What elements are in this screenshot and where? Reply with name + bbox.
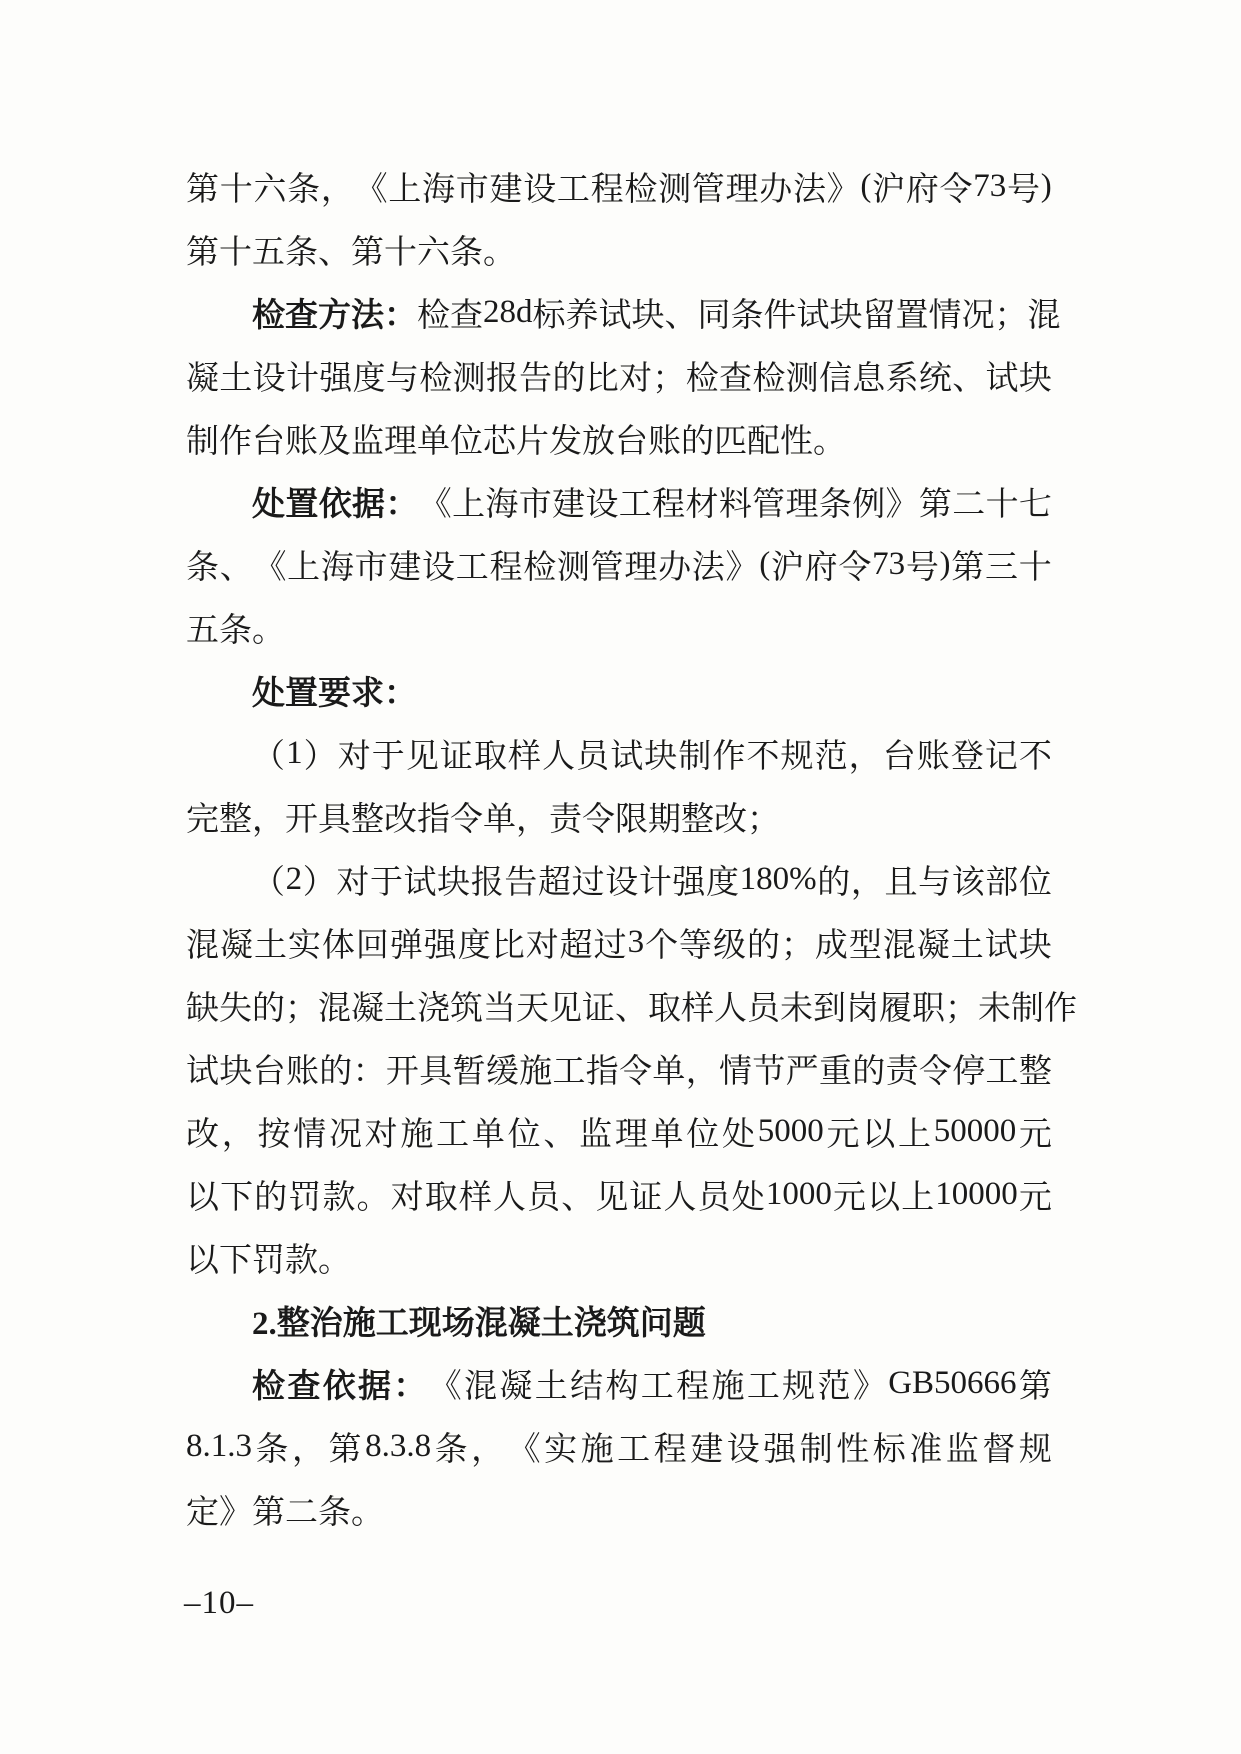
text-segment: 检 [417, 289, 450, 336]
text-segment: 设 [253, 352, 286, 399]
text-segment: ； [995, 289, 1028, 336]
text-segment: 岗 [846, 982, 879, 1029]
text-segment: 对 [365, 1108, 398, 1155]
text-segment: 3 [628, 924, 645, 961]
text-segment: 七 [1019, 478, 1052, 525]
text-line: 第十六条，《上海市建设工程检测管理办法》(沪府令73号) [186, 155, 1052, 218]
text-segment: 混 [186, 919, 219, 966]
text-segment: 程 [676, 1360, 709, 1407]
text-segment: 级 [713, 919, 746, 966]
text-segment: 第 [186, 163, 219, 210]
text-segment: 令 [919, 1045, 952, 1092]
text-segment: 的 [817, 856, 850, 903]
bold-text: ： [393, 1360, 426, 1407]
text-segment: 令 [619, 1045, 652, 1092]
text-segment: 个 [645, 919, 678, 966]
text-segment: 检 [752, 352, 785, 399]
text-segment: 、 [615, 982, 648, 1029]
text-segment: 的 [852, 1045, 885, 1092]
text-segment: 该 [952, 856, 985, 903]
text-segment: 建 [489, 163, 522, 210]
text-segment: 例 [852, 478, 885, 525]
text-line: （2）对于试块报告超过设计强度180%的，且与该部位 [186, 848, 1052, 911]
text-segment: 第十五条、第十六条。 [186, 226, 516, 273]
text-segment: 的 [254, 1171, 287, 1218]
text-segment: 块 [1019, 352, 1052, 399]
text-segment: 情 [929, 289, 962, 336]
text-segment: 试 [985, 919, 1018, 966]
text-segment: 条 [435, 1423, 468, 1470]
text-segment: 强 [672, 856, 705, 903]
text-segment: ) [940, 546, 951, 583]
text-segment: 与 [918, 856, 951, 903]
text-segment: 监 [946, 1423, 979, 1470]
text-segment: 证 [582, 982, 615, 1029]
text-segment: 比 [492, 919, 525, 966]
text-segment: 缓 [486, 1045, 519, 1092]
text-segment: 土 [254, 919, 287, 966]
text-segment: 标 [533, 289, 566, 336]
text-line: 缺失的；混凝土浇筑当天见证、取样人员未到岗履职；未制作 [186, 974, 1052, 1037]
text-segment: 设 [422, 541, 455, 588]
text-segment: 下 [220, 1171, 253, 1218]
text-segment: 第 [951, 541, 984, 588]
text-segment: 试 [986, 352, 1019, 399]
text-segment: 型 [849, 919, 882, 966]
text-segment: 取 [648, 982, 681, 1029]
text-segment: 监 [579, 1108, 612, 1155]
text-segment: 土 [384, 982, 417, 1029]
text-segment: 》 [853, 1360, 886, 1407]
text-segment: 块 [632, 289, 665, 336]
text-segment: 检 [624, 163, 657, 210]
text-segment: 处 [722, 1108, 755, 1155]
text-segment: 施 [581, 1423, 614, 1470]
text-segment: 成 [815, 919, 848, 966]
text-segment: 法 [793, 163, 826, 210]
text-segment: 十 [220, 163, 253, 210]
text-segment: 令 [838, 541, 871, 588]
text-segment: 员 [527, 1171, 560, 1218]
text-segment: 未 [780, 982, 813, 1029]
text-segment: 单 [652, 1045, 685, 1092]
text-segment: 工 [641, 1360, 674, 1407]
text-line: 凝土设计强度与检测报告的比对；检查检测信息系统、试块 [186, 344, 1052, 407]
text-segment: 见 [406, 730, 439, 777]
text-segment: 且 [884, 856, 917, 903]
text-segment: 记 [985, 730, 1018, 777]
text-segment: 与 [386, 352, 419, 399]
text-segment: 程 [654, 1423, 687, 1470]
text-line: 第十五条、第十六条。 [186, 218, 1052, 281]
text-segment: 、 [543, 1108, 576, 1155]
text-segment: 办 [759, 163, 792, 210]
text-segment: 测 [658, 163, 691, 210]
text-segment: 理 [615, 1108, 648, 1155]
text-line: 以下罚款。 [186, 1226, 1052, 1289]
text-segment: 的 [747, 919, 780, 966]
text-segment: 弹 [390, 919, 423, 966]
bold-text: 检 [252, 289, 285, 336]
text-segment: 报 [486, 352, 519, 399]
text-segment: 对 [336, 856, 369, 903]
text-segment: 规 [781, 730, 814, 777]
text-segment: 试 [186, 1045, 219, 1092]
text-segment: ） [304, 730, 337, 777]
bold-text: 依 [319, 478, 352, 525]
text-segment: 职 [912, 982, 945, 1029]
text-segment: 样 [459, 1171, 492, 1218]
text-segment: 准 [909, 1423, 942, 1470]
text-segment: 情 [293, 1108, 326, 1155]
text-segment: 况 [329, 1108, 362, 1155]
text-line: 检查依据：《混凝土结构工程施工规范》GB50666第 [186, 1352, 1052, 1415]
text-segment: 混 [1028, 289, 1061, 336]
text-segment: ， [321, 163, 354, 210]
text-segment: 以 [186, 1171, 219, 1218]
text-segment: 测 [557, 541, 590, 588]
text-segment: 《 [508, 1423, 541, 1470]
text-segment: 整 [1019, 1045, 1052, 1092]
text-segment: 计 [639, 856, 672, 903]
text-segment: 责 [886, 1045, 919, 1092]
text-segment: 比 [586, 352, 619, 399]
text-segment: 定》第二条。 [186, 1486, 384, 1533]
text-segment: 检 [686, 352, 719, 399]
bold-text: 查 [287, 1360, 320, 1407]
text-segment: 设 [727, 1423, 760, 1470]
text-segment: 上 [388, 163, 421, 210]
text-segment: 测 [453, 352, 486, 399]
text-segment: 五条。 [186, 604, 285, 651]
text-segment: 单 [472, 1108, 505, 1155]
text-segment: ； [781, 919, 814, 966]
bold-text: ： [384, 289, 417, 336]
text-segment: 理 [726, 163, 759, 210]
text-segment: 《 [253, 541, 286, 588]
text-line: 以下的罚款。对取样人员、见证人员处1000元以上10000元 [186, 1163, 1052, 1226]
text-segment: 见 [595, 1171, 628, 1218]
text-segment: 第 [1019, 1360, 1052, 1407]
text-segment: 理 [786, 478, 819, 525]
text-segment: 息 [852, 352, 885, 399]
text-line: 检查方法：检查28d标养试块、同条件试块留置情况；混 [186, 281, 1052, 344]
text-segment: 元 [833, 1171, 866, 1218]
text-segment: 人 [542, 730, 575, 777]
text-segment: 制 [1011, 982, 1044, 1029]
text-segment: 实 [544, 1423, 577, 1470]
text-segment: 设 [523, 163, 556, 210]
text-segment: 市 [519, 478, 552, 525]
text-segment: 、 [220, 541, 253, 588]
text-segment: 令 [940, 163, 973, 210]
text-segment: 取 [425, 1171, 458, 1218]
text-segment: 180% [740, 861, 817, 898]
text-segment: 管 [752, 478, 785, 525]
text-line: 五条。 [186, 596, 1052, 659]
text-segment: 条 [731, 289, 764, 336]
text-segment: 取 [474, 730, 507, 777]
text-segment: 的 [552, 352, 585, 399]
text-segment: 系 [886, 352, 919, 399]
text-segment: 失 [219, 982, 252, 1029]
text-segment: 市 [355, 541, 388, 588]
text-segment: 作 [712, 730, 745, 777]
text-segment: 程 [652, 478, 685, 525]
text-segment: 十 [986, 478, 1019, 525]
text-segment: 台 [253, 1045, 286, 1092]
text-segment: 凝 [351, 982, 384, 1029]
text-segment: 1000 [766, 1176, 832, 1213]
text-segment: 于 [370, 856, 403, 903]
text-line: 条、《上海市建设工程检测管理办法》(沪府令73号)第三十 [186, 533, 1052, 596]
text-segment: 情 [719, 1045, 752, 1092]
text-segment: 天 [516, 982, 549, 1029]
text-segment: 浇 [417, 982, 450, 1029]
text-segment: 工 [986, 1045, 1019, 1092]
text-segment: 土 [535, 1360, 568, 1407]
text-segment: 》 [886, 478, 919, 525]
text-segment: 混 [883, 919, 916, 966]
document-page: 第十六条，《上海市建设工程检测管理办法》(沪府令73号)第十五条、第十六条。检查… [0, 0, 1241, 1754]
text-segment: 第 [919, 478, 952, 525]
text-segment: 计 [286, 352, 319, 399]
text-segment: 凝 [186, 352, 219, 399]
text-segment: 同 [698, 289, 731, 336]
text-segment: 号 [906, 541, 939, 588]
text-segment: 规 [1019, 1423, 1052, 1470]
text-segment: 督 [982, 1423, 1015, 1470]
text-segment: 海 [485, 478, 518, 525]
text-segment: 罚 [288, 1171, 321, 1218]
text-segment: 工 [557, 163, 590, 210]
text-segment: 元 [826, 1108, 859, 1155]
text-segment: 工 [552, 1045, 585, 1092]
text-segment: 施 [711, 1360, 744, 1407]
text-segment: 不 [746, 730, 779, 777]
text-segment: 完整，开具整改指令单，责令限期整改； [186, 793, 780, 840]
text-segment: 证 [629, 1171, 662, 1218]
text-segment: 试 [599, 289, 632, 336]
text-segment: 开 [386, 1045, 419, 1092]
text-segment: 当 [483, 982, 516, 1029]
text-segment: 缺 [186, 982, 219, 1029]
text-segment: 信 [819, 352, 852, 399]
text-segment: 管 [692, 163, 725, 210]
text-segment: 台 [883, 730, 916, 777]
text-segment: 强 [319, 352, 352, 399]
text-segment: 设 [605, 856, 638, 903]
text-segment: 2 [286, 861, 303, 898]
text-line: 8.1.3条，第8.3.8条，《实施工程建设强制性标准监督规 [186, 1415, 1052, 1478]
page-number: –10– [184, 1585, 254, 1622]
text-segment: 5000 [758, 1113, 824, 1150]
text-segment: ， [849, 730, 882, 777]
text-segment: 、 [952, 352, 985, 399]
text-segment: 处 [732, 1171, 765, 1218]
text-segment: 建 [690, 1423, 723, 1470]
text-segment: 海 [321, 541, 354, 588]
text-segment: ； [652, 352, 685, 399]
text-segment: 样 [681, 982, 714, 1029]
text-segment: 员 [698, 1171, 731, 1218]
text-segment: 程 [489, 541, 522, 588]
text-segment: 、 [665, 289, 698, 336]
text-segment: 凝 [220, 919, 253, 966]
text-line: 定》第二条。 [186, 1478, 1052, 1541]
text-segment: 元 [1019, 1171, 1052, 1218]
text-segment: 款 [322, 1171, 355, 1218]
text-segment: 施 [400, 1108, 433, 1155]
text-segment: 对 [526, 919, 559, 966]
text-segment: 8.3.8 [365, 1428, 431, 1465]
text-segment: 海 [422, 163, 455, 210]
text-segment: 检 [419, 352, 452, 399]
text-segment: 人 [664, 1171, 697, 1218]
text-segment: 严 [786, 1045, 819, 1092]
bold-text: 2.整治施工现场混凝土浇筑问题 [252, 1297, 706, 1344]
text-segment: 具 [419, 1045, 452, 1092]
text-segment: 人 [493, 1171, 526, 1218]
text-segment: 筑 [450, 982, 483, 1029]
text-segment: 重 [819, 1045, 852, 1092]
text-segment: 第 [329, 1423, 362, 1470]
text-segment: 块 [437, 856, 470, 903]
text-segment: 度 [353, 352, 386, 399]
text-segment: 六 [253, 163, 286, 210]
bold-text: 检 [252, 1360, 285, 1407]
text-segment: 凝 [499, 1360, 532, 1407]
text-segment: 土 [219, 352, 252, 399]
bold-text: 查 [285, 289, 318, 336]
text-segment: 履 [879, 982, 912, 1029]
text-segment: 查 [450, 289, 483, 336]
text-segment: ： [353, 1045, 386, 1092]
text-segment: ； [285, 982, 318, 1029]
text-segment: 按 [257, 1108, 290, 1155]
text-segment: 证 [440, 730, 473, 777]
text-segment: 回 [356, 919, 389, 966]
text-segment: 不 [1019, 730, 1052, 777]
text-segment: 未 [978, 982, 1011, 1029]
text-segment: 超 [538, 856, 571, 903]
text-segment: 73 [973, 168, 1006, 205]
text-segment: 构 [605, 1360, 638, 1407]
text-segment: 府 [805, 541, 838, 588]
text-segment: 范 [818, 1360, 851, 1407]
text-segment: 工 [456, 541, 489, 588]
text-segment: 报 [471, 856, 504, 903]
text-segment: 见 [549, 982, 582, 1029]
text-segment: GB50666 [888, 1365, 1016, 1402]
text-segment: 性 [836, 1423, 869, 1470]
text-segment: 《 [419, 478, 452, 525]
text-segment: 。 [357, 1171, 390, 1218]
text-segment: 员 [576, 730, 609, 777]
text-segment: （ [252, 730, 285, 777]
text-segment: 节 [752, 1045, 785, 1092]
text-segment: 凝 [917, 919, 950, 966]
text-segment: 强 [424, 919, 457, 966]
text-segment: ) [1041, 168, 1052, 205]
bold-text: ： [385, 478, 418, 525]
text-segment: 试 [797, 289, 830, 336]
text-segment: ， [222, 1108, 255, 1155]
text-segment: 上 [898, 1108, 931, 1155]
bold-text: 方 [318, 289, 351, 336]
text-segment: 测 [786, 352, 819, 399]
text-segment: 设 [585, 478, 618, 525]
text-segment: 范 [815, 730, 848, 777]
text-segment: 程 [591, 163, 624, 210]
text-segment: 上 [901, 1171, 934, 1218]
text-segment: 上 [452, 478, 485, 525]
text-segment: 到 [813, 982, 846, 1029]
document-body: 第十六条，《上海市建设工程检测管理办法》(沪府令73号)第十五条、第十六条。检查… [186, 155, 1052, 1541]
text-segment: 作 [1044, 982, 1077, 1029]
text-segment: 50000 [934, 1113, 1017, 1150]
text-segment: 三 [985, 541, 1018, 588]
text-segment: 位 [686, 1108, 719, 1155]
text-segment: 体 [322, 919, 355, 966]
text-segment: 混 [318, 982, 351, 1029]
text-segment: 块 [1019, 919, 1052, 966]
text-segment: 沪 [872, 163, 905, 210]
text-segment: 》 [726, 541, 759, 588]
text-segment: 号 [1007, 163, 1040, 210]
text-segment: 告 [519, 352, 552, 399]
text-line: 处置要求： [186, 659, 1052, 722]
text-line: 制作台账及监理单位芯片发放台账的匹配性。 [186, 407, 1052, 470]
text-segment: 对 [338, 730, 371, 777]
text-segment: 混 [464, 1360, 497, 1407]
text-segment: 账 [286, 1045, 319, 1092]
text-segment: 沪 [771, 541, 804, 588]
text-segment: 二 [952, 478, 985, 525]
text-segment: 《 [355, 163, 388, 210]
text-segment: 材 [685, 478, 718, 525]
text-segment: 市 [456, 163, 489, 210]
text-line: 2.整治施工现场混凝土浇筑问题 [186, 1289, 1052, 1352]
text-segment: 的 [319, 1045, 352, 1092]
text-segment: ； [945, 982, 978, 1029]
text-segment: 过 [594, 919, 627, 966]
text-segment: 建 [552, 478, 585, 525]
text-segment: 单 [651, 1108, 684, 1155]
text-segment: 留 [863, 289, 896, 336]
bold-text: 据 [352, 478, 385, 525]
text-segment: 工 [747, 1360, 780, 1407]
text-segment: 8.1.3 [186, 1428, 252, 1465]
bold-text: 法 [351, 289, 384, 336]
text-segment: 检 [523, 541, 556, 588]
text-segment: 28d [483, 294, 533, 331]
text-segment: 工 [617, 1423, 650, 1470]
bold-text: 依 [323, 1360, 356, 1407]
text-segment: 工 [436, 1108, 469, 1155]
text-segment: 以下罚款。 [186, 1234, 351, 1281]
text-segment: 员 [747, 982, 780, 1029]
text-line: 完整，开具整改指令单，责令限期整改； [186, 785, 1052, 848]
text-segment: 对 [619, 352, 652, 399]
text-segment: 人 [714, 982, 747, 1029]
text-segment: 以 [862, 1108, 895, 1155]
text-segment: 位 [1019, 856, 1052, 903]
text-segment: ( [759, 546, 770, 583]
text-segment: 块 [219, 1045, 252, 1092]
text-line: 试块台账的：开具暂缓施工指令单，情节严重的责令停工整 [186, 1037, 1052, 1100]
text-segment: 建 [388, 541, 421, 588]
